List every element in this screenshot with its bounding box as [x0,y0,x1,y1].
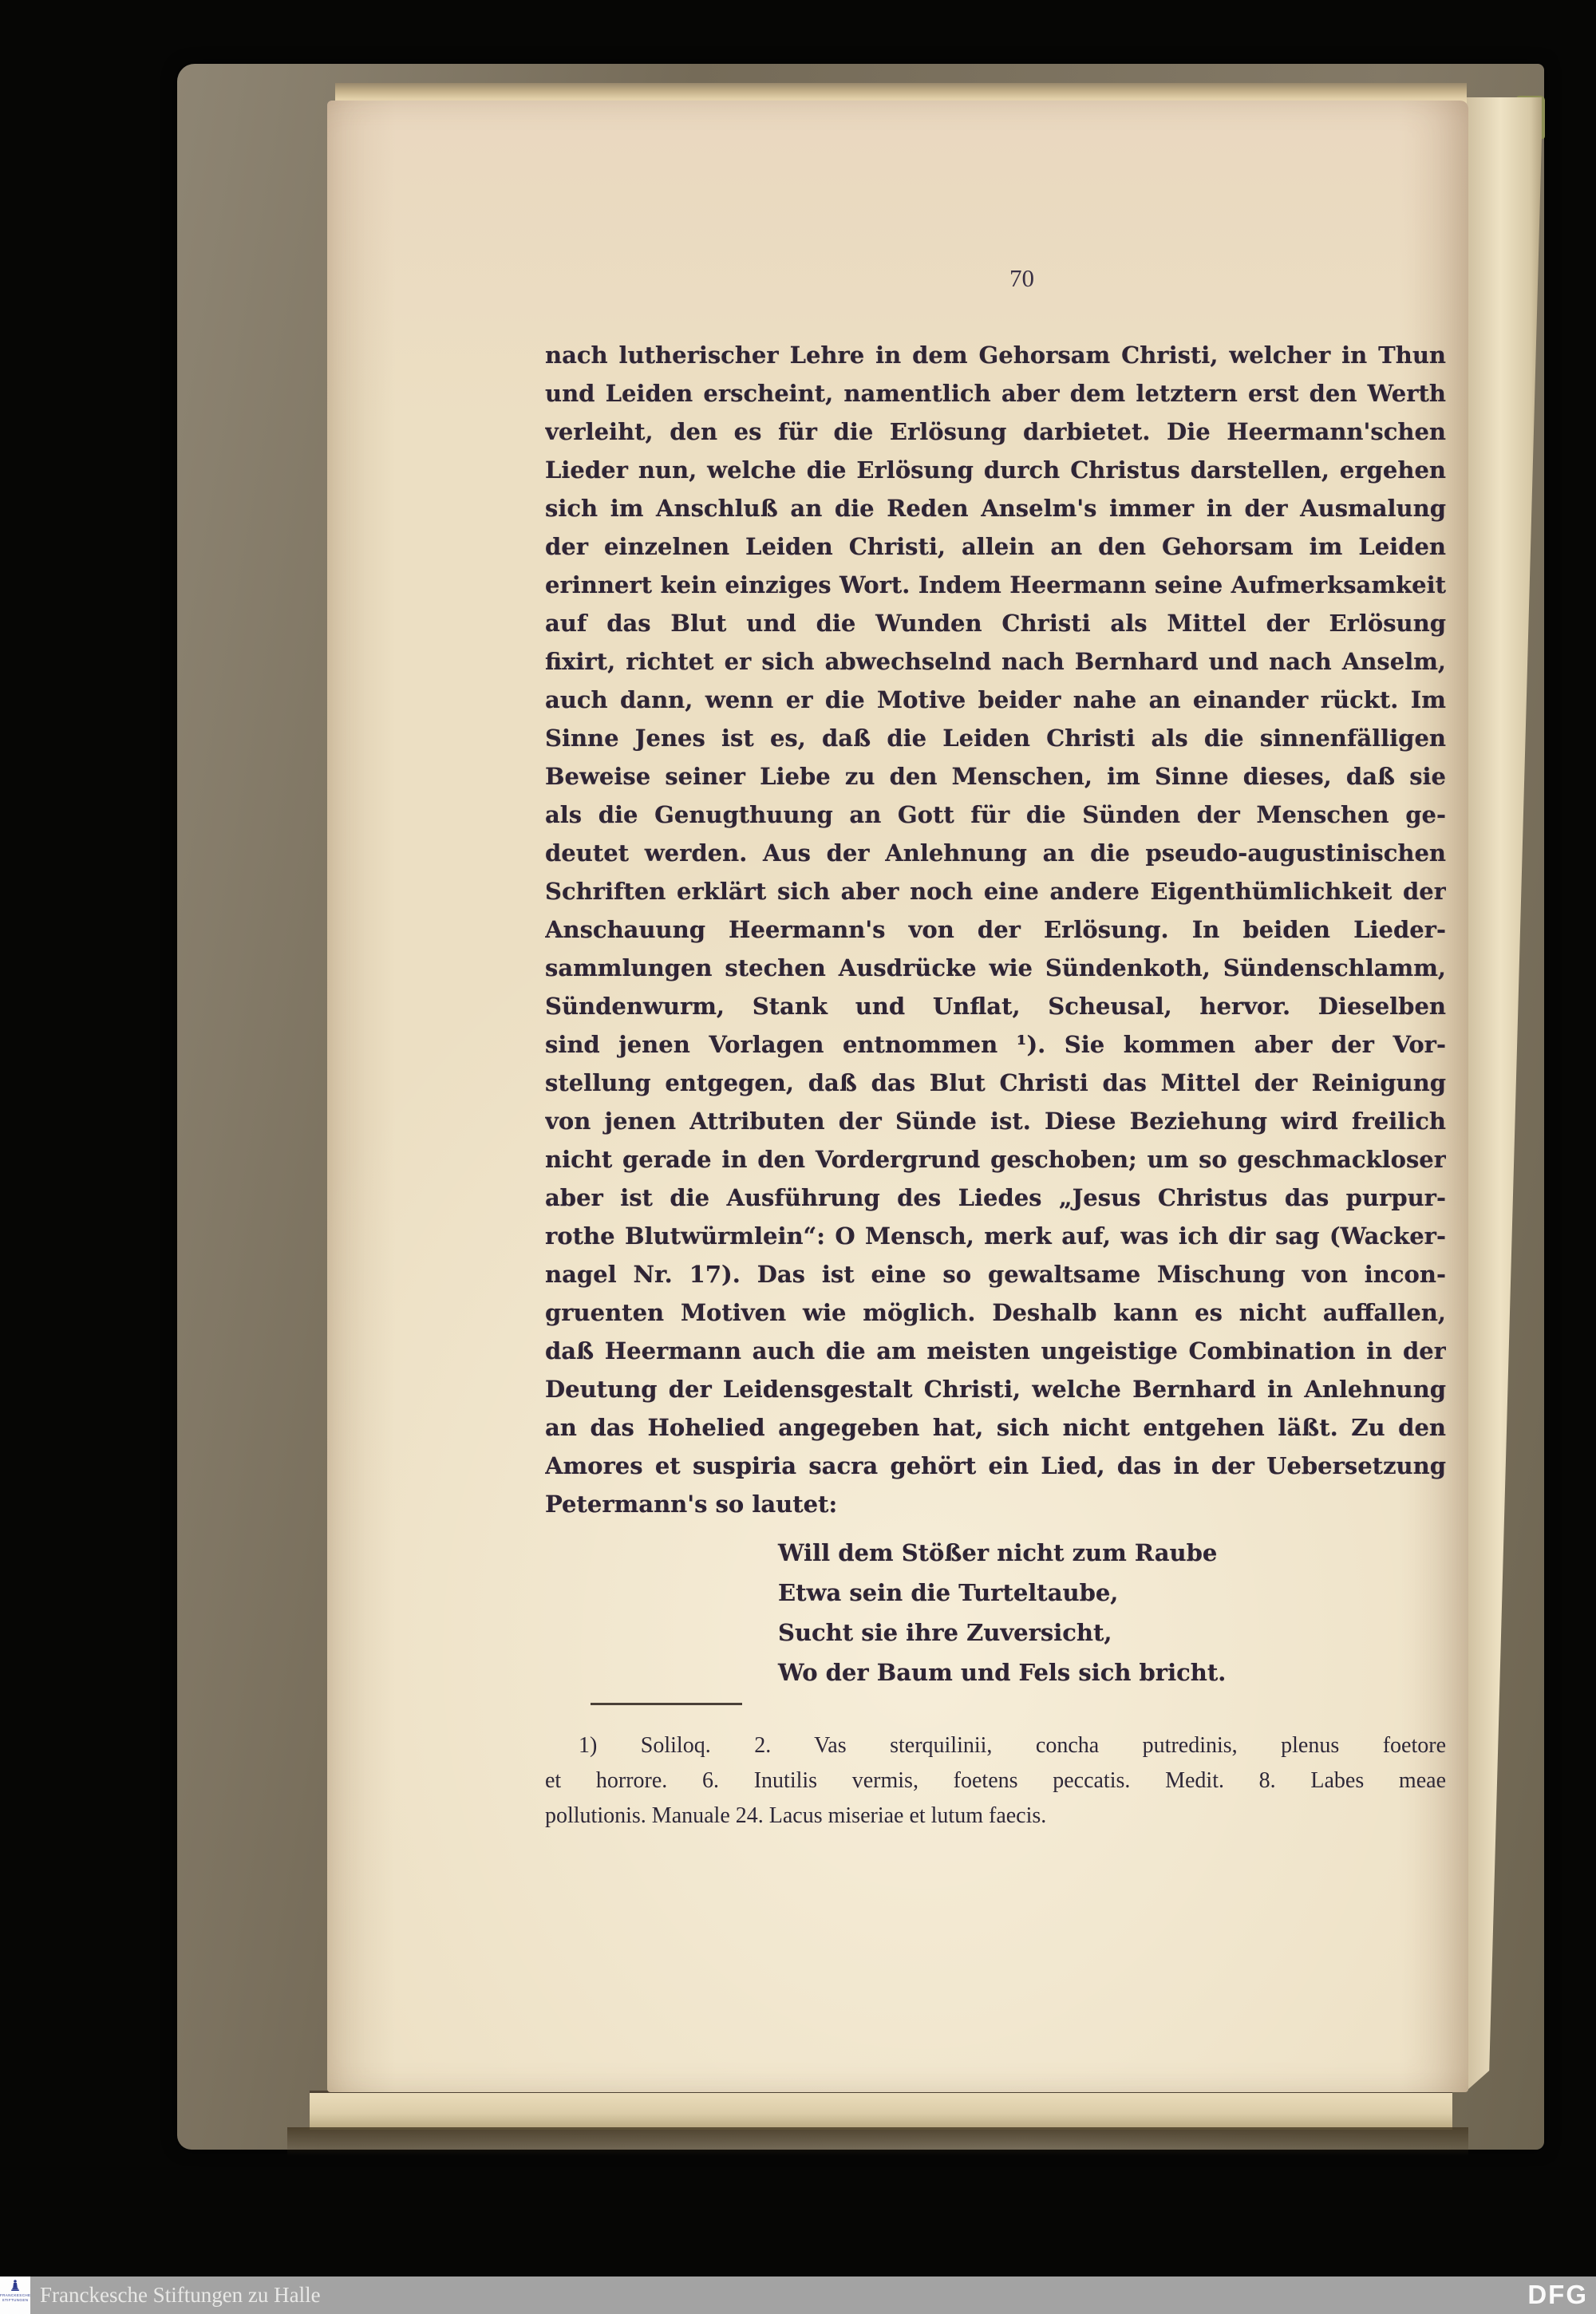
page-bottom-edge [310,2091,1452,2130]
page-stack-left-edges [222,81,335,2095]
footnote-block: 1) Soliloq. 2. Vas sterquilinii, concha … [545,1728,1446,1834]
text-line: Sinne Jenes ist es, daß die Leiden Chris… [545,719,1446,757]
footnote-separator [591,1703,742,1705]
text-line: aber ist die Ausführung des Liedes „Jesu… [545,1179,1446,1217]
text-line: rothe Blutwürmlein“: O Mensch, merk auf,… [545,1217,1446,1255]
text-line: an das Hohelied angegeben hat, sich nich… [545,1408,1446,1447]
text-line: Etwa sein die Turteltaube, [545,1573,1446,1613]
text-line: Sucht sie ihre Zuversicht, [545,1613,1446,1653]
text-line: 1) Soliloq. 2. Vas sterquilinii, concha … [545,1728,1446,1763]
text-line: stellung entgegen, daß das Blut Christi … [545,1064,1446,1102]
verse-block: Will dem Stößer nicht zum RaubeEtwa sein… [545,1533,1446,1692]
text-line: et horrore. 6. Inutilis vermis, foetens … [545,1763,1446,1799]
text-line: verleiht, den es für die Erlösung darbie… [545,413,1446,451]
text-line: Anschauung Heermann's von der Erlösung. … [545,910,1446,949]
text-line: Will dem Stößer nicht zum Raube [545,1533,1446,1573]
body-paragraph: nach lutherischer Lehre in dem Gehorsam … [545,336,1446,1523]
text-line: Beweise seiner Liebe zu den Menschen, im… [545,757,1446,796]
logo-text-line2: STIFTUNGEN [0,2298,30,2303]
text-line: pollutionis. Manuale 24. Lacus miseriae … [545,1799,1446,1834]
book-page: 70 nach lutherischer Lehre in dem Gehors… [327,101,1468,2092]
text-line: nagel Nr. 17). Das ist eine so gewaltsam… [545,1255,1446,1293]
book-bottom-shadow [287,2127,1468,2156]
text-line: sammlungen stechen Ausdrücke wie Sündenk… [545,949,1446,987]
text-line: Schriften erklärt sich aber noch eine an… [545,872,1446,910]
logo-text-line1: FRANCKESCHE [0,2293,30,2298]
text-line: der einzelnen Leiden Christi, allein an … [545,527,1446,566]
dfg-logo: DFG [1527,2276,1588,2314]
scan-background: 70 nach lutherischer Lehre in dem Gehors… [0,0,1596,2314]
statue-icon [9,2279,22,2293]
text-line: Deutung der Leidensgestalt Christi, welc… [545,1370,1446,1408]
text-line: Amores et suspiria sacra gehört ein Lied… [545,1447,1446,1485]
text-line: Sündenwurm, Stank und Unflat, Scheusal, … [545,987,1446,1025]
text-line: deutet werden. Aus der Anlehnung an die … [545,834,1446,872]
text-line: nach lutherischer Lehre in dem Gehorsam … [545,336,1446,374]
franckesche-stiftungen-logo: FRANCKESCHE STIFTUNGEN [0,2276,30,2314]
text-line: daß Heermann auch die am meisten ungeist… [545,1332,1446,1370]
page-number: 70 [1009,264,1073,293]
text-line: und Leiden erscheint, namentlich aber de… [545,374,1446,413]
text-line: Lieder nun, welche die Erlösung durch Ch… [545,451,1446,489]
text-line: als die Genugthuung an Gott für die Sünd… [545,796,1446,834]
text-line: gruenten Motiven wie möglich. Deshalb ka… [545,1293,1446,1332]
text-line: Petermann's so lautet: [545,1485,1446,1523]
text-line: nicht gerade in den Vordergrund geschobe… [545,1140,1446,1179]
viewer-footer-bar: FRANCKESCHE STIFTUNGEN Franckesche Stift… [0,2276,1596,2314]
text-line: auch dann, wenn er die Motive beider nah… [545,681,1446,719]
text-line: sind jenen Vorlagen entnommen ¹). Sie ko… [545,1025,1446,1064]
text-line: von jenen Attributen der Sünde ist. Dies… [545,1102,1446,1140]
text-line: fixirt, richtet er sich abwechselnd nach… [545,642,1446,681]
text-line: erinnert kein einziges Wort. Indem Heerm… [545,566,1446,604]
text-line: sich im Anschluß an die Reden Anselm's i… [545,489,1446,527]
text-line: Wo der Baum und Fels sich bricht. [545,1653,1446,1692]
library-name-label: Franckesche Stiftungen zu Halle [40,2276,321,2314]
text-line: auf das Blut und die Wunden Christi als … [545,604,1446,642]
